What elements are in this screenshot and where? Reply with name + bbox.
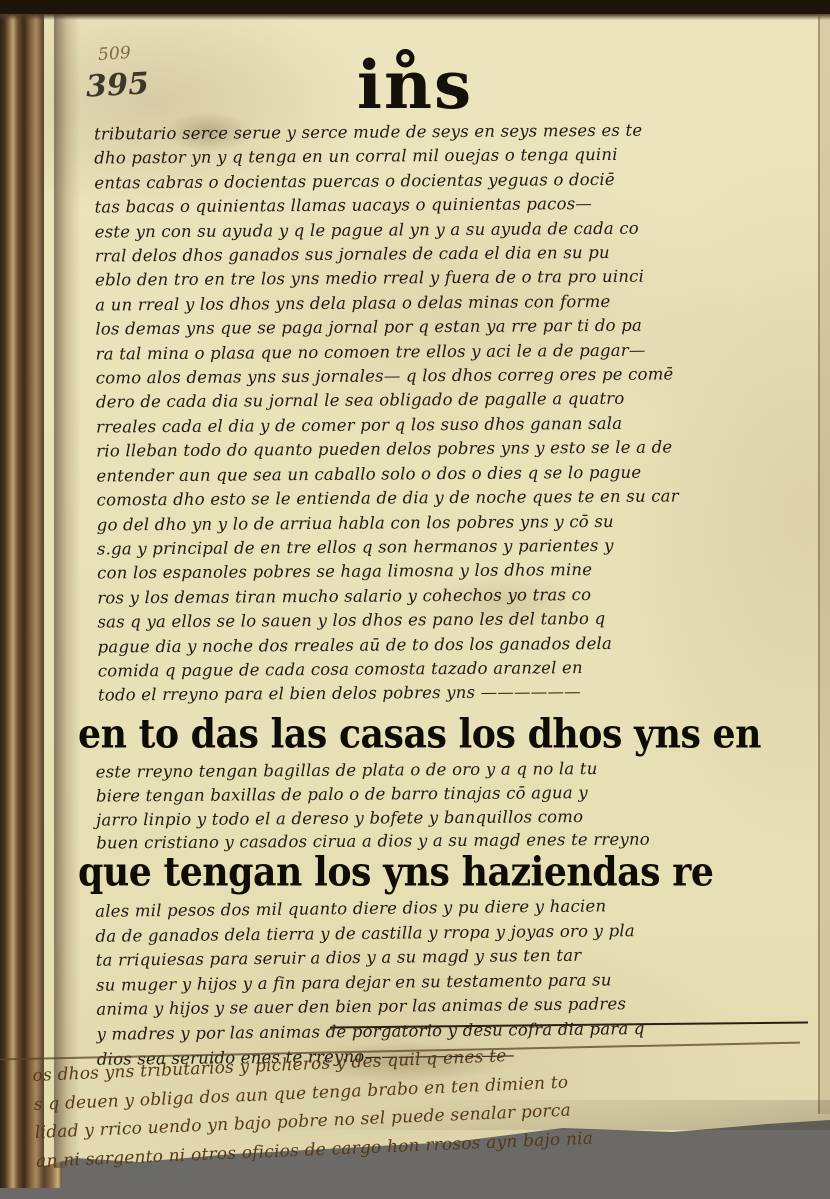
scan-top-edge-shadow (0, 14, 830, 20)
scan-top-edge (0, 0, 830, 14)
ihs-monogram: in̊s (0, 52, 830, 118)
manuscript-line: todo el rreyno para el bien delos pobres… (98, 679, 813, 708)
section-heading-casas: en to das las casas los dhos yns en (78, 714, 803, 754)
section1-text-block: este rreyno tengan bagillas de plata o d… (96, 756, 812, 856)
section-heading-haziendas: que tengan los yns haziendas re (78, 852, 803, 892)
binding-shadow (54, 8, 80, 1168)
manuscript-scan: 509 395 in̊s tributario serce serue y se… (0, 0, 830, 1199)
main-text-block: tributario serce serue y serce mude de s… (94, 118, 813, 709)
page-right-edge (820, 14, 830, 1114)
